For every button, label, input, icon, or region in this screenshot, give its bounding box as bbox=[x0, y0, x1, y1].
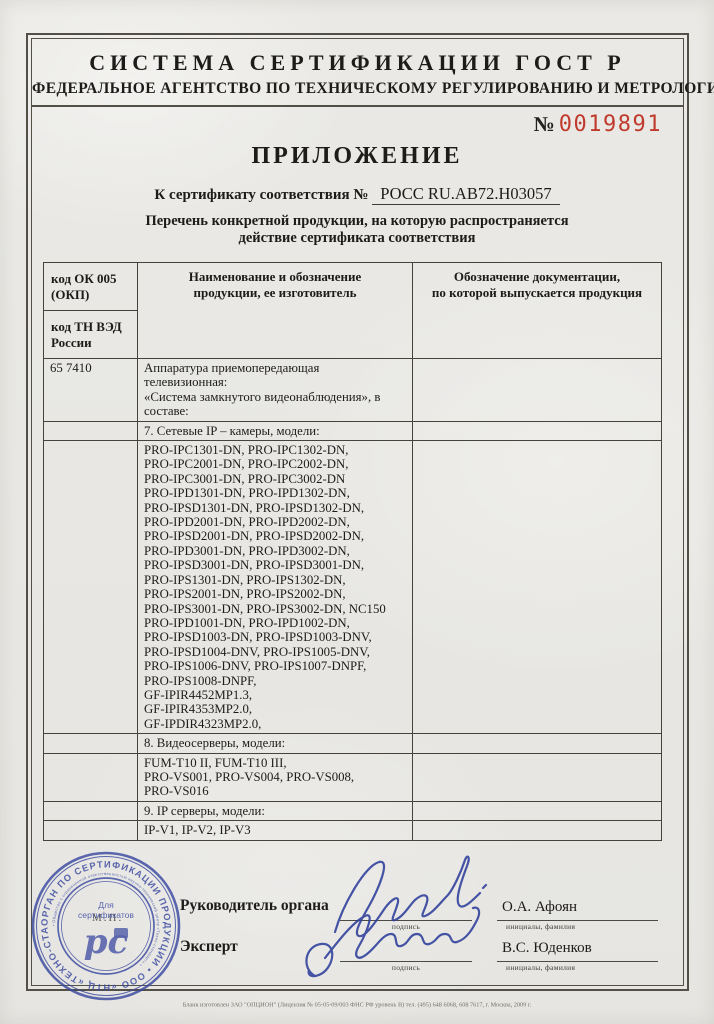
cell-doc bbox=[413, 753, 662, 801]
cell-product: FUM-T10 II, FUM-T10 III, PRO-VS001, PRO-… bbox=[138, 753, 413, 801]
serial-prefix: № bbox=[534, 112, 555, 136]
cell-product: Аппаратура приемопередающая телевизионна… bbox=[138, 359, 413, 422]
table-row: IP-V1, IP-V2, IP-V3 bbox=[44, 821, 662, 840]
tnved-code-header: код ТН ВЭД России bbox=[44, 310, 137, 358]
signature-ink-head bbox=[335, 857, 486, 937]
cell-doc bbox=[413, 734, 662, 753]
cell-product: IP-V1, IP-V2, IP-V3 bbox=[138, 821, 413, 840]
cell-doc bbox=[413, 421, 662, 440]
certificate-reference: К сертификату соответствия № РОСС RU.АВ7… bbox=[0, 184, 714, 204]
certificate-reference-number: РОСС RU.АВ72.Н03057 bbox=[372, 184, 559, 205]
okp-code-header: код ОК 005 (ОКП) bbox=[44, 263, 137, 310]
table-header-row: код ОК 005 (ОКП) код ТН ВЭД России Наиме… bbox=[44, 263, 662, 359]
column-header-codes: код ОК 005 (ОКП) код ТН ВЭД России bbox=[44, 263, 138, 359]
name-line-head bbox=[497, 920, 658, 921]
page-title: ПРИЛОЖЕНИЕ bbox=[0, 143, 714, 170]
cell-doc bbox=[413, 359, 662, 422]
cell-product: PRO-IPC1301-DN, PRO-IPC1302-DN, PRO-IPC2… bbox=[138, 441, 413, 734]
cell-code bbox=[44, 441, 138, 734]
stamp-center-line2: сертификатов bbox=[78, 910, 134, 920]
cell-code bbox=[44, 753, 138, 801]
signatory-name-head: О.А. Афоян bbox=[502, 899, 577, 916]
name-caption-expert: инициалы, фамилия bbox=[506, 963, 575, 972]
cell-product: 8. Видеосерверы, модели: bbox=[138, 734, 413, 753]
table-row: 65 7410 Аппаратура приемопередающая теле… bbox=[44, 359, 662, 422]
table-row: PRO-IPC1301-DN, PRO-IPC1302-DN, PRO-IPC2… bbox=[44, 441, 662, 734]
cell-product: 9. IP серверы, модели: bbox=[138, 801, 413, 820]
cell-product: 7. Сетевые IP – камеры, модели: bbox=[138, 421, 413, 440]
certification-stamp: ОРГАН ПО СЕРТИФИКАЦИИ ПРОДУКЦИИ • ООО «Н… bbox=[30, 850, 182, 1002]
stamp-center-line1: Для bbox=[98, 900, 114, 910]
cell-doc bbox=[413, 441, 662, 734]
signatory-name-expert: В.С. Юденков bbox=[502, 940, 592, 957]
footer-note: Бланк изготовлен ЗАО "ОПЦИОН" (Лицензия … bbox=[79, 1001, 636, 1008]
cell-code bbox=[44, 801, 138, 820]
cert-system-title: СИСТЕМА СЕРТИФИКАЦИИ ГОСТ Р bbox=[32, 50, 683, 76]
table-row: FUM-T10 II, FUM-T10 III, PRO-VS001, PRO-… bbox=[44, 753, 662, 801]
column-header-documentation: Обозначение документации, по которой вып… bbox=[413, 263, 662, 359]
stamp-logo-flag bbox=[114, 928, 128, 938]
cell-code bbox=[44, 734, 138, 753]
signatory-role-expert: Эксперт bbox=[180, 938, 238, 956]
column-header-product: Наименование и обозначение продукции, ее… bbox=[138, 263, 413, 359]
cell-code: 65 7410 bbox=[44, 359, 138, 422]
certificate-header: СИСТЕМА СЕРТИФИКАЦИИ ГОСТ Р ФЕДЕРАЛЬНОЕ … bbox=[32, 39, 683, 107]
cell-code bbox=[44, 421, 138, 440]
table-row: 7. Сетевые IP – камеры, модели: bbox=[44, 421, 662, 440]
serial-digits: 0019891 bbox=[559, 112, 662, 137]
cell-doc bbox=[413, 821, 662, 840]
name-caption-head: инициалы, фамилия bbox=[506, 922, 575, 931]
cell-code bbox=[44, 821, 138, 840]
serial-number: № 0019891 bbox=[0, 112, 662, 137]
certificate-reference-label: К сертификату соответствия № bbox=[154, 187, 368, 203]
table-row: 8. Видеосерверы, модели: bbox=[44, 734, 662, 753]
handwritten-signatures bbox=[293, 848, 503, 988]
products-list-subtitle: Перечень конкретной продукции, на котору… bbox=[0, 213, 714, 247]
table-row: 9. IP серверы, модели: bbox=[44, 801, 662, 820]
name-line-expert bbox=[497, 961, 658, 962]
cell-doc bbox=[413, 801, 662, 820]
federal-agency-title: ФЕДЕРАЛЬНОЕ АГЕНТСТВО ПО ТЕХНИЧЕСКОМУ РЕ… bbox=[32, 80, 683, 98]
products-table: код ОК 005 (ОКП) код ТН ВЭД России Наиме… bbox=[43, 262, 662, 841]
